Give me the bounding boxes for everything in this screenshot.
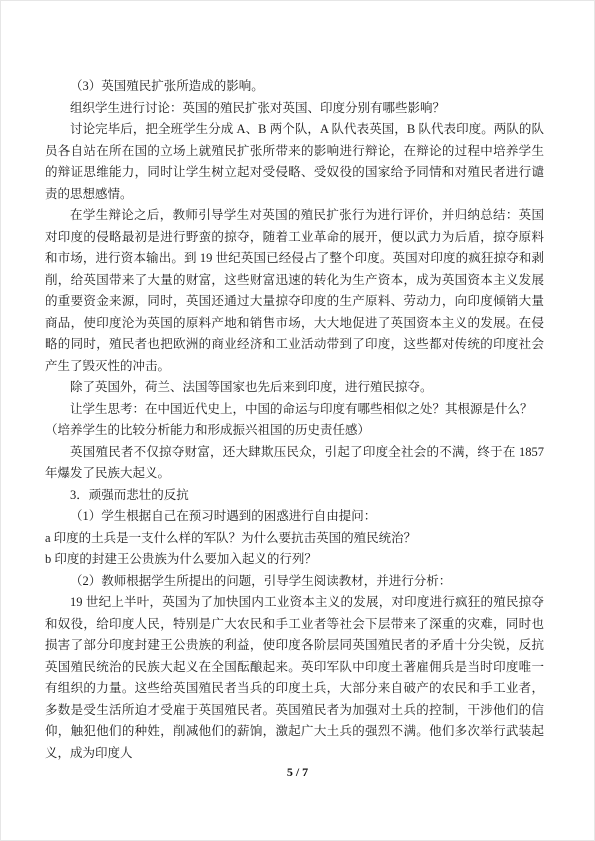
paragraph: 让学生思考：在中国近代史上，中国的命运与印度有哪些相似之处？其根源是什么？ [45, 399, 544, 421]
paragraph: （培养学生的比较分析能力和形成振兴祖国的历史责任感） [45, 420, 544, 442]
paragraph: 讨论完毕后，把全班学生分成 A、B 两个队，A 队代表英国，B 队代表印度。两队… [45, 119, 544, 205]
paragraph: （3）英国殖民扩张所造成的影响。 [45, 76, 544, 98]
document-body: （3）英国殖民扩张所造成的影响。组织学生进行讨论：英国的殖民扩张对英国、印度分别… [45, 76, 544, 764]
paragraph: 3．顽强而悲壮的反抗 [45, 485, 544, 507]
paragraph: 除了英国外，荷兰、法国等国家也先后来到印度，进行殖民掠夺。 [45, 377, 544, 399]
paragraph: b 印度的封建王公贵族为什么要加入起义的行列？ [45, 549, 544, 571]
paragraph: （2）教师根据学生所提出的问题，引导学生阅读教材，并进行分析： [45, 571, 544, 593]
paragraph: a 印度的土兵是一支什么样的军队？为什么要抗击英国的殖民统治？ [45, 528, 544, 550]
page-number: 5 / 7 [287, 765, 308, 779]
page: （3）英国殖民扩张所造成的影响。组织学生进行讨论：英国的殖民扩张对英国、印度分别… [1, 1, 594, 840]
document-page: { "document": { "paragraphs": [ { "text"… [0, 0, 595, 841]
page-footer: 5 / 7 [1, 765, 594, 780]
paragraph: 英国殖民者不仅掠夺财富，还大肆欺压民众，引起了印度全社会的不满，终于在 1857… [45, 442, 544, 485]
paragraph: 19 世纪上半叶，英国为了加快国内工业资本主义的发展，对印度进行疯狂的殖民掠夺和… [45, 592, 544, 764]
paragraph: （1）学生根据自己在预习时遇到的困惑进行自由提问： [45, 506, 544, 528]
paragraph: 在学生辩论之后，教师引导学生对英国的殖民扩张行为进行评价，并归纳总结：英国对印度… [45, 205, 544, 377]
paragraph: 组织学生进行讨论：英国的殖民扩张对英国、印度分别有哪些影响？ [45, 98, 544, 120]
